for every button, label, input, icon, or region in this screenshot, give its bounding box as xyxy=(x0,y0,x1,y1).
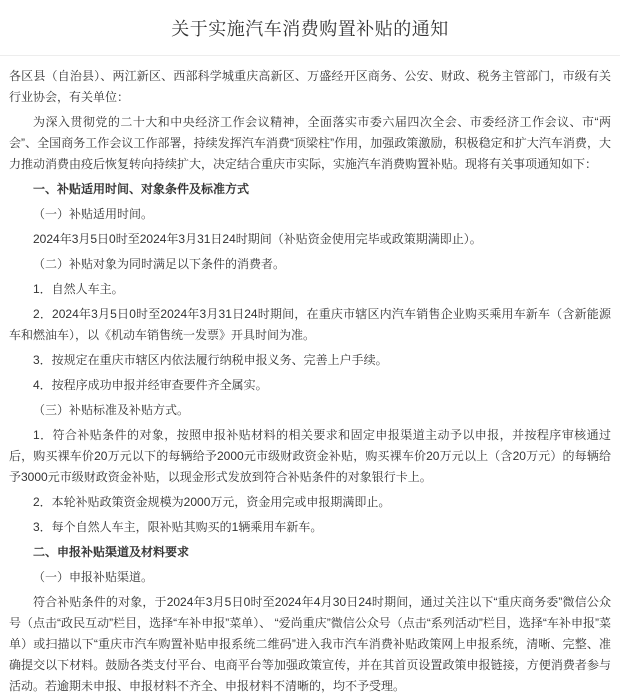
paragraph: 1．自然人车主。 xyxy=(9,279,611,300)
paragraph: 4．按程序成功申报并经审查要件齐全属实。 xyxy=(9,375,611,396)
section-heading: 二、申报补贴渠道及材料要求 xyxy=(9,542,611,563)
paragraph: （三）补贴标准及补贴方式。 xyxy=(9,400,611,421)
notice-article-body: 各区县（自治县）、两江新区、西部科学城重庆高新区、万盛经开区商务、公安、财政、税… xyxy=(0,56,620,694)
paragraph: 为深入贯彻党的二十大和中央经济工作会议精神，全面落实市委六届四次全会、市委经济工… xyxy=(9,112,611,175)
paragraph: 3．每个自然人车主，限补贴其购买的1辆乘用车新车。 xyxy=(9,517,611,538)
paragraph: 各区县（自治县）、两江新区、西部科学城重庆高新区、万盛经开区商务、公安、财政、税… xyxy=(9,66,611,108)
section-heading: 一、补贴适用时间、对象条件及标准方式 xyxy=(9,179,611,200)
page-title: 关于实施汽车消费购置补贴的通知 xyxy=(10,16,610,42)
paragraph: （二）补贴对象为同时满足以下条件的消费者。 xyxy=(9,254,611,275)
notice-page: 关于实施汽车消费购置补贴的通知 各区县（自治县）、两江新区、西部科学城重庆高新区… xyxy=(0,0,620,694)
notice-header: 关于实施汽车消费购置补贴的通知 xyxy=(0,0,620,56)
paragraph: （一）申报补贴渠道。 xyxy=(9,567,611,588)
paragraph: 3．按规定在重庆市辖区内依法履行纳税申报义务、完善上户手续。 xyxy=(9,350,611,371)
paragraph: （一）补贴适用时间。 xyxy=(9,204,611,225)
paragraph: 2．本轮补贴政策资金规模为2000万元，资金用完或申报期满即止。 xyxy=(9,492,611,513)
paragraph: 2．2024年3月5日0时至2024年3月31日24时期间，在重庆市辖区内汽车销… xyxy=(9,304,611,346)
paragraph: 1．符合补贴条件的对象，按照申报补贴材料的相关要求和固定申报渠道主动予以申报，并… xyxy=(9,425,611,488)
paragraph: 符合补贴条件的对象，于2024年3月5日0时至2024年4月30日24时期间，通… xyxy=(9,592,611,694)
paragraph: 2024年3月5日0时至2024年3月31日24时期间（补贴资金使用完毕或政策期… xyxy=(9,229,611,250)
